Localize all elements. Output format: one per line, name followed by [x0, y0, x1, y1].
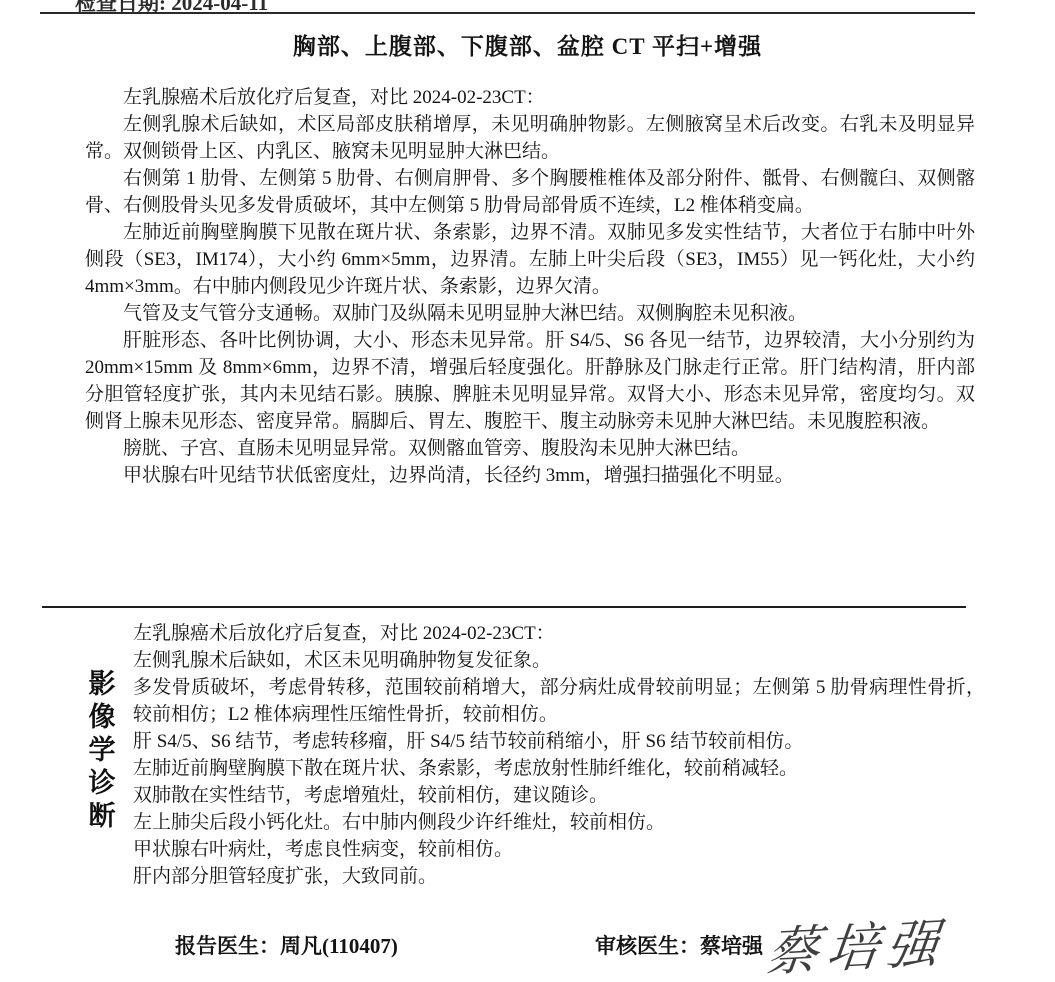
report-doctor-name: 周凡(110407): [280, 934, 398, 958]
diagnosis-line: 肝内部分胆管轻度扩张，大致同前。: [133, 863, 985, 890]
review-doctor-signature: 蔡培强: [763, 901, 952, 982]
diagnosis-section: 左乳腺癌术后放化疗后复查，对比 2024-02-23CT： 左侧乳腺术后缺如，术…: [133, 620, 985, 890]
findings-paragraph: 左侧乳腺术后缺如，术区局部皮肤稍增厚，未见明确肿物影。左侧腋窝呈术后改变。右乳未…: [85, 111, 975, 165]
diagnosis-line: 多发骨质破坏，考虑骨转移，范围较前稍增大，部分病灶成骨较前明显；左侧第 5 肋骨…: [133, 674, 985, 728]
report-doctor-line: 报告医生：周凡(110407): [175, 930, 398, 960]
diagnosis-line: 左乳腺癌术后放化疗后复查，对比 2024-02-23CT：: [133, 620, 985, 647]
report-title: 胸部、上腹部、下腹部、盆腔 CT 平扫+增强: [0, 28, 1055, 61]
report-doctor-label: 报告医生：: [175, 934, 280, 958]
findings-paragraph: 左乳腺癌术后放化疗后复查，对比 2024-02-23CT：: [85, 84, 975, 111]
diagnosis-line: 肝 S4/5、S6 结节，考虑转移瘤，肝 S4/5 结节较前稍缩小，肝 S6 结…: [133, 728, 985, 755]
findings-section: 左乳腺癌术后放化疗后复查，对比 2024-02-23CT： 左侧乳腺术后缺如，术…: [85, 84, 975, 489]
review-doctor-line: 审核医生：蔡培强: [595, 930, 763, 960]
diagnosis-label-char: 学: [86, 734, 118, 767]
diagnosis-line: 左肺近前胸壁胸膜下散在斑片状、条索影，考虑放射性肺纤维化，较前稍减轻。: [133, 755, 985, 782]
exam-date: 检查日期: 2024-04-11: [75, 0, 268, 17]
review-doctor-label: 审核医生：: [595, 934, 700, 958]
findings-paragraph: 肝脏形态、各叶比例协调，大小、形态未见异常。肝 S4/5、S6 各见一结节，边界…: [85, 327, 975, 435]
findings-paragraph: 甲状腺右叶见结节状低密度灶，边界尚清，长径约 3mm，增强扫描强化不明显。: [85, 462, 975, 489]
diagnosis-line: 左上肺尖后段小钙化灶。右中肺内侧段少许纤维灶，较前相仿。: [133, 809, 985, 836]
ct-report-page: 检查日期: 2024-04-11 胸部、上腹部、下腹部、盆腔 CT 平扫+增强 …: [0, 0, 1055, 982]
diagnosis-line: 甲状腺右叶病灶，考虑良性病变，较前相仿。: [133, 836, 985, 863]
header-divider: [40, 12, 975, 14]
findings-paragraph: 右侧第 1 肋骨、左侧第 5 肋骨、右侧肩胛骨、多个胸腰椎椎体及部分附件、骶骨、…: [85, 165, 975, 219]
diagnosis-label-char: 诊: [86, 767, 118, 800]
diagnosis-vertical-label: 影 像 学 诊 断: [86, 668, 118, 833]
diagnosis-label-char: 影: [86, 668, 118, 701]
diagnosis-label-char: 断: [86, 800, 118, 833]
diagnosis-label-char: 像: [86, 701, 118, 734]
findings-paragraph: 左肺近前胸壁胸膜下见散在斑片状、条索影，边界不清。双肺见多发实性结节，大者位于右…: [85, 219, 975, 300]
findings-paragraph: 气管及支气管分支通畅。双肺门及纵隔未见明显肿大淋巴结。双侧胸腔未见积液。: [85, 300, 975, 327]
diagnosis-line: 双肺散在实性结节，考虑增殖灶，较前相仿，建议随诊。: [133, 782, 985, 809]
diagnosis-line: 左侧乳腺术后缺如，术区未见明确肿物复发征象。: [133, 647, 985, 674]
findings-paragraph: 膀胱、子宫、直肠未见明显异常。双侧髂血管旁、腹股沟未见肿大淋巴结。: [85, 435, 975, 462]
review-doctor-name: 蔡培强: [700, 934, 763, 958]
section-divider: [42, 606, 966, 608]
